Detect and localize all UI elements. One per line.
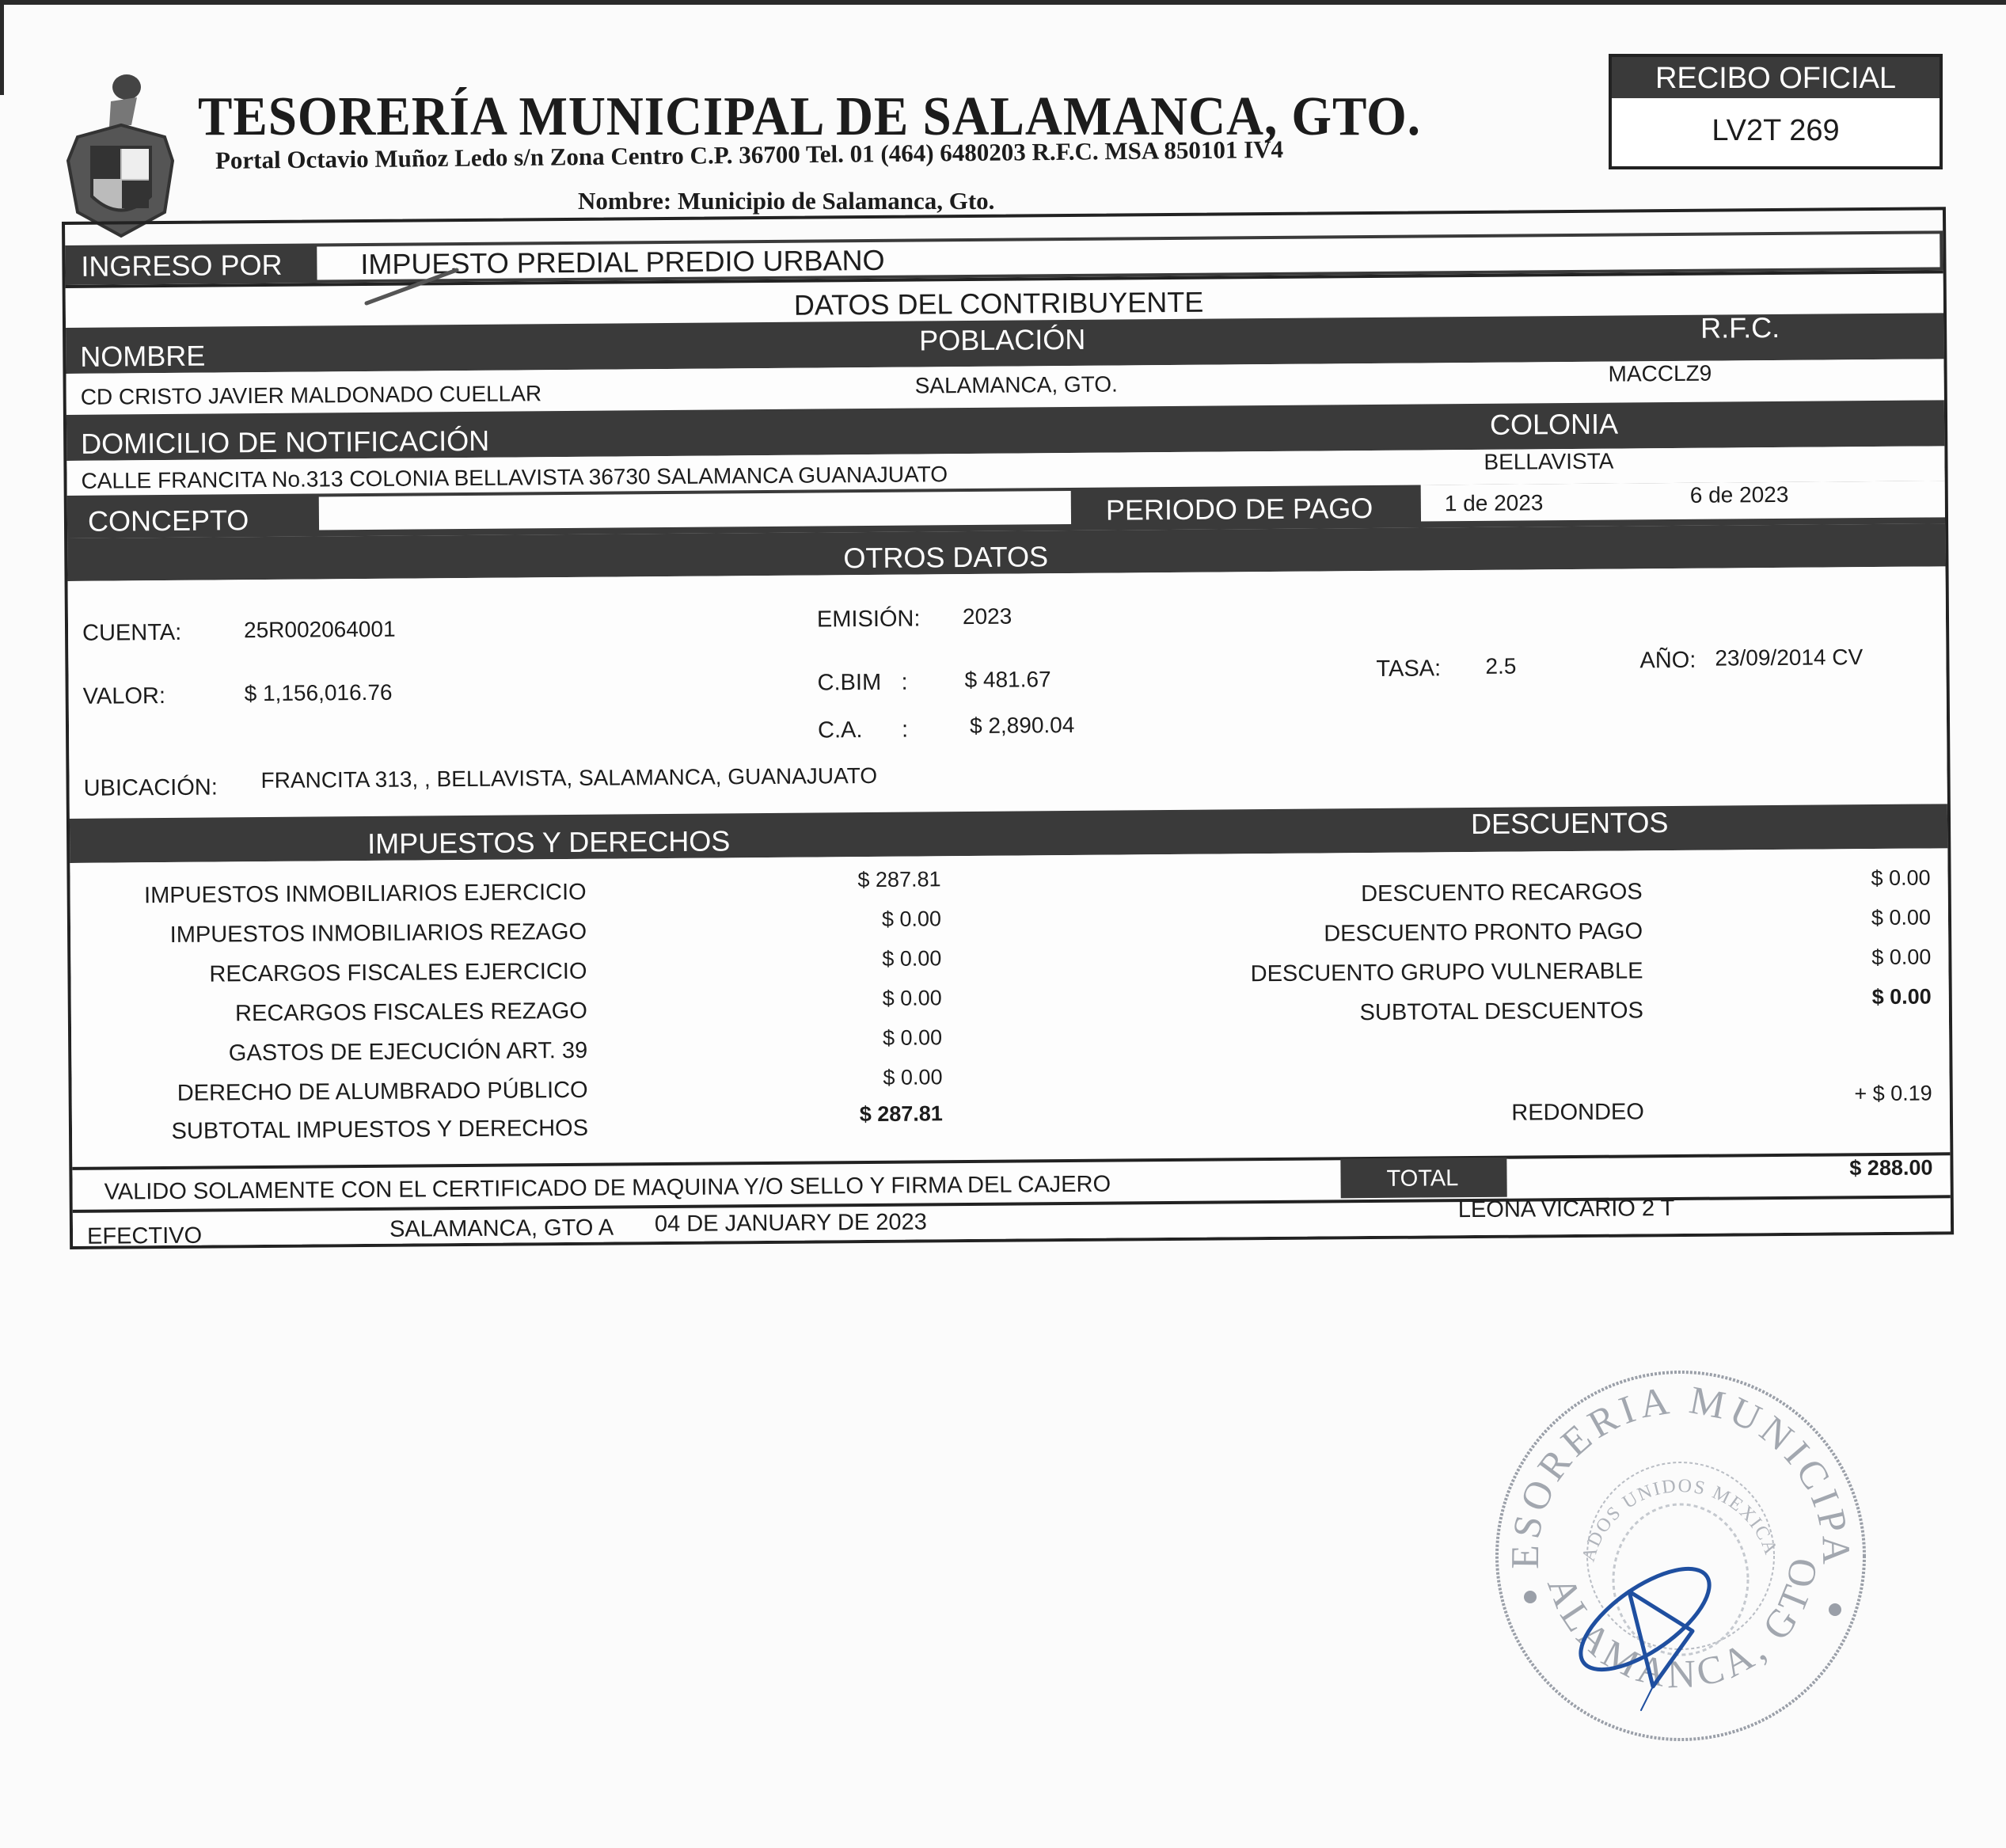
redondeo-value: + $ 0.19 — [1774, 1081, 1932, 1107]
receipt-table: INGRESO POR IMPUESTO PREDIAL PREDIO URBA… — [62, 207, 1952, 1251]
otros-datos-body: CUENTA: 25R002064001 EMISIÓN: 2023 VALOR… — [68, 566, 1947, 819]
poblacion-label: POBLACIÓN — [919, 323, 1085, 358]
cuenta-label: CUENTA: — [82, 620, 181, 647]
periodo-value-cell: 1 de 2023 6 de 2023 — [1421, 481, 1945, 521]
total-label: TOTAL — [1386, 1165, 1458, 1192]
cashier-name: LEONA VICARIO 2 T — [1458, 1196, 1675, 1223]
anio-value: 23/09/2014 CV — [1715, 645, 1863, 671]
pen-mark-icon — [360, 265, 463, 309]
descuento-amount: $ 0.00 — [1772, 865, 1930, 892]
receipt-number: LV2T 269 — [1612, 98, 1940, 163]
redondeo-label: REDONDEO — [1418, 1099, 1644, 1127]
impuesto-amount: $ 0.00 — [783, 907, 941, 933]
payment-date: 04 DE JANUARY DE 2023 — [655, 1209, 927, 1238]
colonia-label: COLONIA — [1490, 408, 1618, 442]
impuesto-amount: $ 0.00 — [784, 986, 942, 1012]
total-value: $ 288.00 — [1774, 1155, 1932, 1181]
impuestos-subtotal-label: SUBTOTAL IMPUESTOS Y DERECHOS — [104, 1116, 588, 1146]
tasa-value: 2.5 — [1485, 654, 1516, 679]
impuesto-amount: $ 287.81 — [782, 867, 940, 893]
cbim-colon: : — [901, 670, 907, 696]
descuentos-title: DESCUENTOS — [1471, 806, 1669, 841]
descuento-amount: $ 0.00 — [1772, 905, 1931, 931]
ca-colon: : — [902, 717, 908, 743]
descuentos-subtotal-value: $ 0.00 — [1773, 984, 1932, 1010]
rfc-label: R.F.C. — [1700, 311, 1780, 345]
descuento-amount: $ 0.00 — [1772, 945, 1931, 971]
colonia-value: BELLAVISTA — [1484, 449, 1613, 475]
emision-label: EMISIÓN: — [817, 606, 921, 633]
otros-datos-title: OTROS DATOS — [843, 540, 1048, 575]
domicilio-label: DOMICILIO DE NOTIFICACIÓN — [81, 424, 489, 461]
rfc-value: MACCLZ9 — [1608, 361, 1712, 387]
ubicacion-value: FRANCITA 313, , BELLAVISTA, SALAMANCA, G… — [260, 763, 877, 793]
cbim-label: C.BIM — [817, 670, 881, 697]
contribuyente-title: DATOS DEL CONTRIBUYENTE — [794, 286, 1204, 322]
impuesto-label: IMPUESTOS INMOBILIARIOS REZAGO — [102, 919, 587, 949]
emision-value: 2023 — [963, 604, 1012, 629]
impuesto-label: RECARGOS FISCALES EJERCICIO — [102, 959, 587, 989]
stamp-top-text: TESORERIA MUNICIPAL — [1483, 1358, 1859, 1569]
treasury-name: Nombre: Municipio de Salamanca, Gto. — [578, 187, 994, 215]
payment-place: SALAMANCA, GTO A — [389, 1215, 614, 1243]
nombre-value: CD CRISTO JAVIER MALDONADO CUELLAR — [81, 381, 542, 410]
ca-value: $ 2,890.04 — [970, 713, 1075, 739]
payment-method: EFECTIVO — [87, 1223, 202, 1250]
valor-value: $ 1,156,016.76 — [245, 680, 393, 706]
impuestos-subtotal-value: $ 287.81 — [785, 1101, 943, 1127]
valor-label: VALOR: — [83, 683, 165, 710]
total-label-cell: TOTAL — [1340, 1158, 1506, 1199]
municipal-coat-of-arms-icon — [62, 70, 180, 244]
anio-label: AÑO: — [1639, 648, 1696, 675]
official-receipt-box: RECIBO OFICIAL LV2T 269 — [1609, 54, 1943, 169]
cuenta-value: 25R002064001 — [244, 617, 396, 644]
impuesto-label: RECARGOS FISCALES REZAGO — [103, 998, 587, 1029]
periodo-label: PERIODO DE PAGO — [1106, 492, 1373, 527]
tasa-label: TASA: — [1376, 656, 1441, 683]
impuesto-amount: $ 0.00 — [784, 1025, 942, 1051]
cbim-value: $ 481.67 — [964, 667, 1050, 693]
impuesto-label: IMPUESTOS INMOBILIARIOS EJERCICIO — [102, 880, 587, 910]
impuesto-label: GASTOS DE EJECUCIÓN ART. 39 — [103, 1038, 587, 1068]
impuesto-label: DERECHO DE ALUMBRADO PÚBLICO — [104, 1078, 588, 1108]
ca-label: C.A. — [818, 717, 863, 743]
concepto-value-cell — [319, 491, 1071, 530]
periodo-desde: 1 de 2023 — [1445, 490, 1544, 516]
scan-edge-top — [0, 0, 2006, 5]
descuentos-subtotal-label: SUBTOTAL DESCUENTOS — [1100, 998, 1643, 1028]
descuento-label: DESCUENTO RECARGOS — [1100, 879, 1643, 909]
municipal-seal-stamp-icon: TESORERIA MUNICIPAL SALAMANCA, GTO ESTAD… — [1483, 1358, 1879, 1754]
descuento-label: DESCUENTO PRONTO PAGO — [1100, 918, 1643, 949]
impuestos-title: IMPUESTOS Y DERECHOS — [367, 824, 730, 861]
ingreso-label: INGRESO POR — [81, 249, 282, 283]
impuesto-amount: $ 0.00 — [783, 946, 941, 972]
periodo-hasta: 6 de 2023 — [1690, 482, 1789, 508]
impuesto-amount: $ 0.00 — [784, 1065, 942, 1091]
scan-edge-left — [0, 0, 4, 95]
poblacion-value: SALAMANCA, GTO. — [915, 372, 1118, 399]
validity-note: VALIDO SOLAMENTE CON EL CERTIFICADO DE M… — [104, 1172, 1111, 1206]
descuento-label: DESCUENTO GRUPO VULNERABLE — [1100, 958, 1643, 988]
concepto-label: CONCEPTO — [88, 504, 249, 538]
ubicacion-label: UBICACIÓN: — [83, 774, 217, 801]
nombre-label: NOMBRE — [80, 340, 205, 374]
impuestos-body: IMPUESTOS INMOBILIARIOS EJERCICIO$ 287.8… — [70, 848, 1950, 1167]
official-receipt-label: RECIBO OFICIAL — [1612, 57, 1940, 98]
